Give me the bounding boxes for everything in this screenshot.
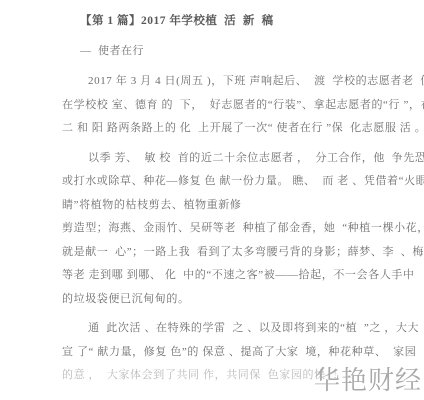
text-line: 的垃圾袋便已沉甸甸的。 bbox=[62, 288, 422, 312]
article-title: 【第 1 篇】2017 年学校植 活 新 稿 bbox=[62, 12, 422, 30]
text-line: 就是献一 心”；一路上我 看到了太多弯腰弓背的身影；薛梦、李 、梅 bbox=[62, 241, 422, 265]
watermark: 华艳财经 bbox=[314, 360, 422, 397]
text-line: 以季 芳、 敏 校 首的近二十余位志愿者 ， 分工合作，他 争先恐后 bbox=[62, 147, 422, 171]
article-subtitle: — 使者在行 bbox=[62, 42, 422, 60]
article: 【第 1 篇】2017 年学校植 活 新 稿 — 使者在行 2017 年 3 月… bbox=[62, 12, 422, 388]
text-line: 睛”将植物的枯枝剪去、植物重新修 bbox=[62, 194, 422, 218]
text-line: 等老 走到哪 到哪、 化 中的“不速之客”被——拾起，不一会各人手中 bbox=[62, 264, 422, 288]
document-page: 【第 1 篇】2017 年学校植 活 新 稿 — 使者在行 2017 年 3 月… bbox=[0, 0, 424, 400]
text-line: 在学校校 室、德育 的 下， 好志愿者的“行装”、拿起志愿者的“行 ”，在 bbox=[62, 94, 422, 118]
text-line: 或打水或除草、种花—修复 色 献一份力量。 瞧、 而 老 、凭借着“火眼金 bbox=[62, 170, 422, 194]
text-line: 剪造型；海燕、金雨竹、吴研等老 种植了郁金香，她 “种植一棵小花， bbox=[62, 217, 422, 241]
text-line: 二 和 阳 路两条路上的 化 上开展了一次“ 使者在行 ”保 化志愿服 活 。 bbox=[62, 117, 422, 141]
text-line: 通 此次活 、在特殊的学雷 之 、以及即将到来的“植 ”之 ，大大 bbox=[62, 317, 422, 341]
text-line: 2017 年 3 月 4 日(周五 )，下班 声响起后、 渡 学校的志愿者老 便 bbox=[62, 70, 422, 94]
paragraph: 2017 年 3 月 4 日(周五 )，下班 声响起后、 渡 学校的志愿者老 便… bbox=[62, 70, 422, 141]
document-body: 2017 年 3 月 4 日(周五 )，下班 声响起后、 渡 学校的志愿者老 便… bbox=[62, 70, 422, 388]
paragraph: 以季 芳、 敏 校 首的近二十余位志愿者 ， 分工合作，他 争先恐后或打水或除草… bbox=[62, 147, 422, 312]
